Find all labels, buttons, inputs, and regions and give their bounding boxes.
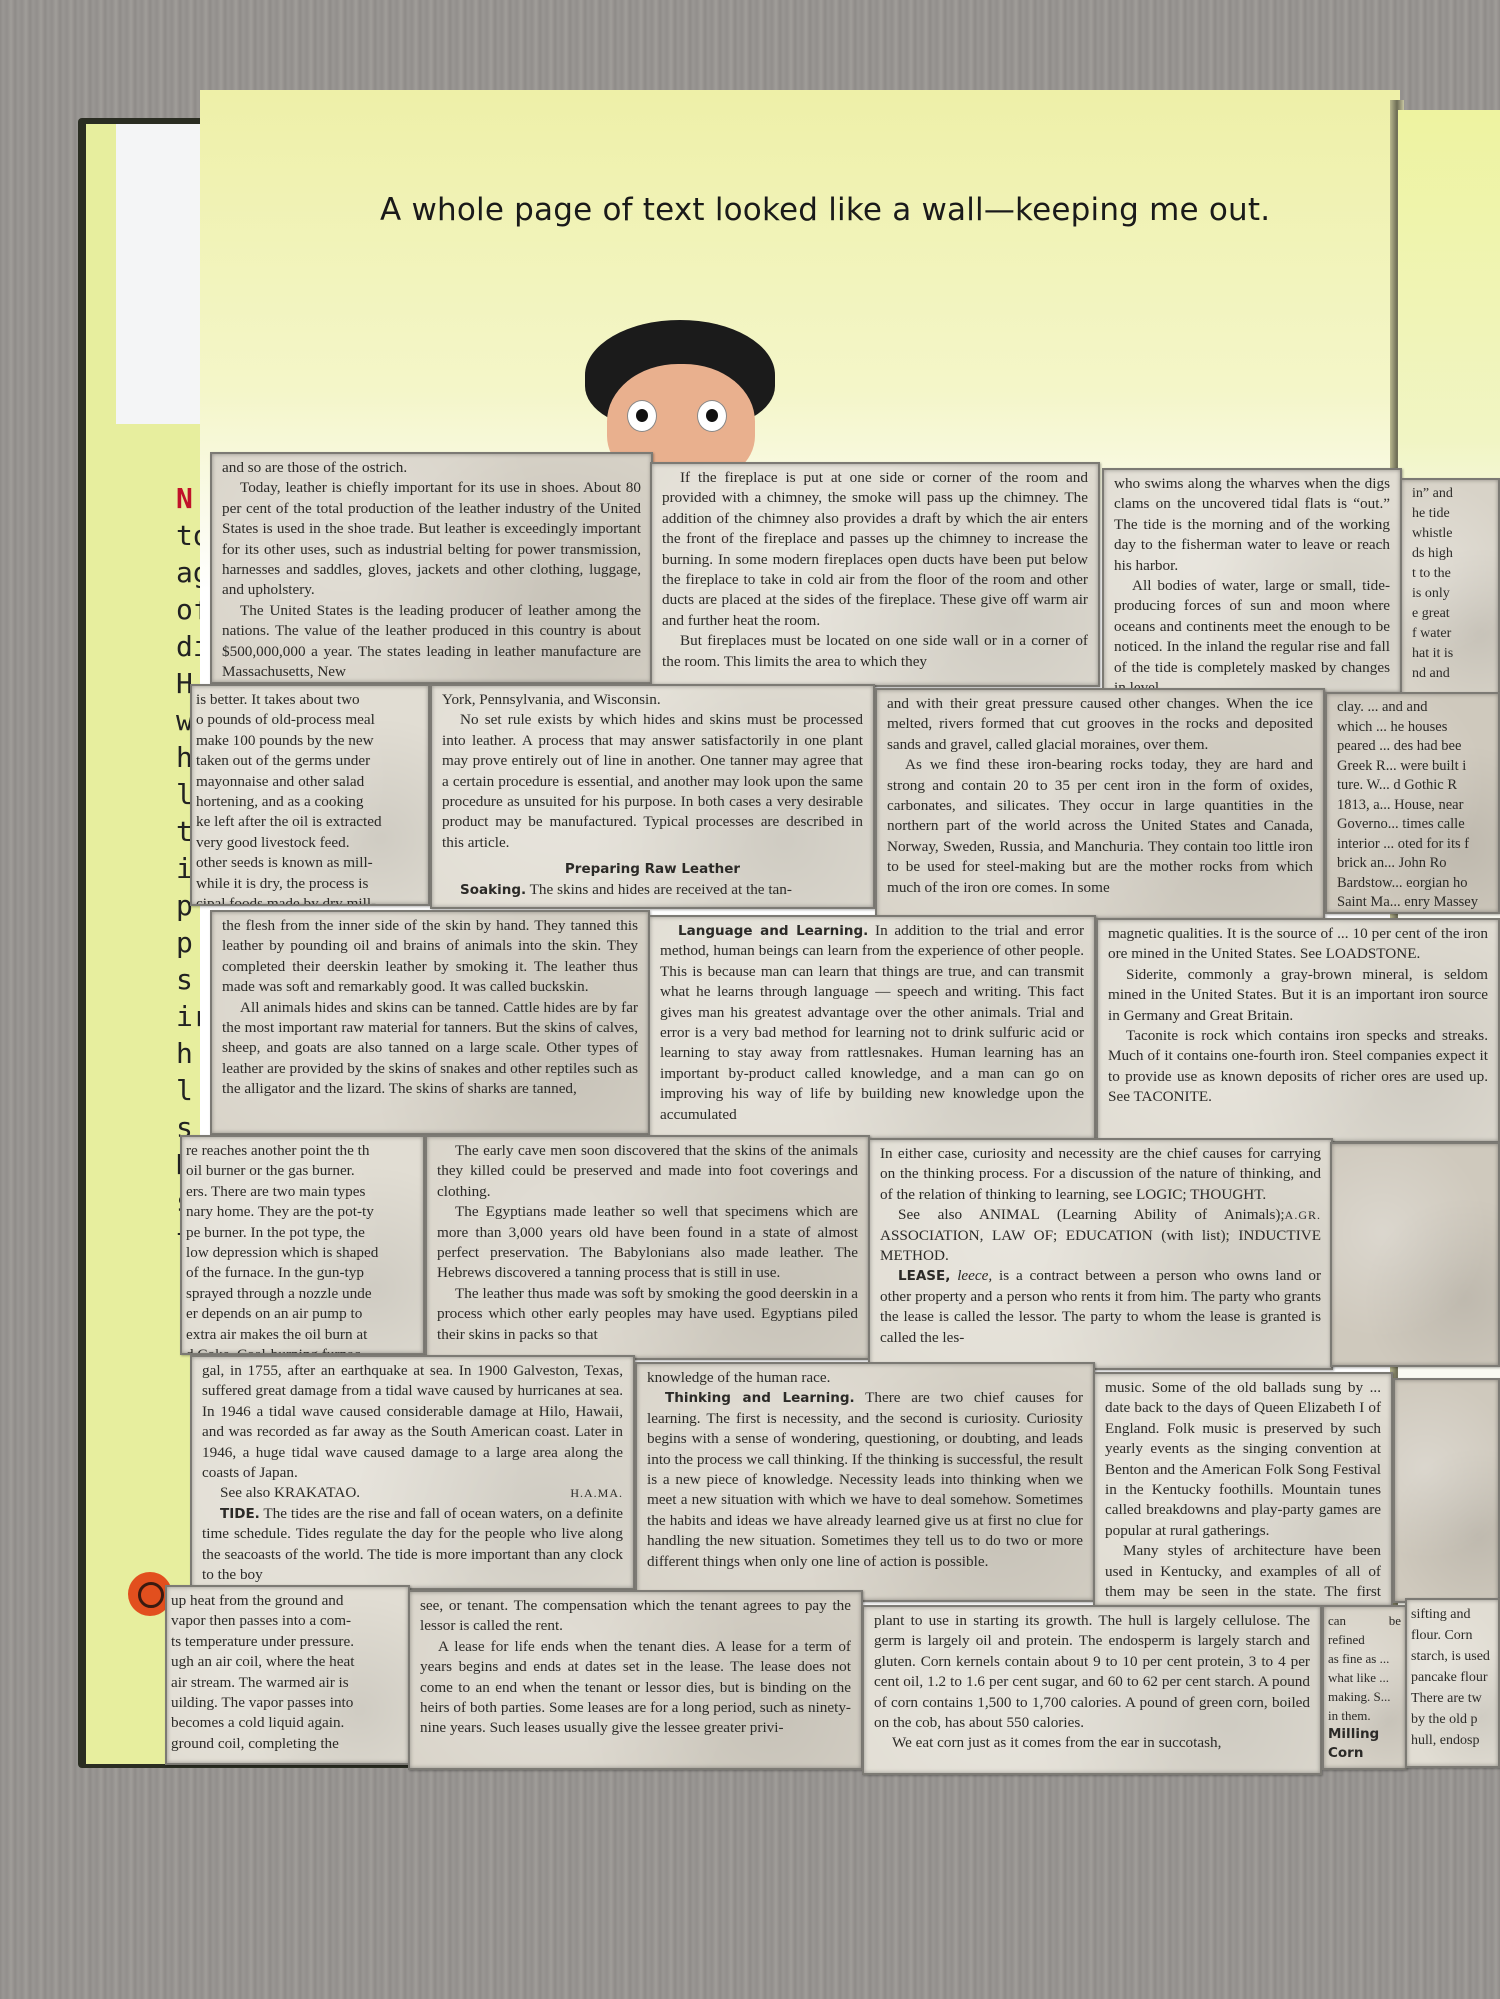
clip-line: nd and <box>1412 664 1488 684</box>
clip-text: In either case, curiosity and necessity … <box>880 1144 1321 1205</box>
clip-line: hull, endosp <box>1411 1730 1494 1751</box>
clip-line: very good livestock feed. <box>196 833 418 853</box>
clip-text: But fireplaces must be located on one si… <box>662 631 1088 672</box>
clipping-curiosity-lease: In either case, curiosity and necessity … <box>868 1138 1333 1370</box>
clipping-cave-men: The early cave men soon discovered that … <box>425 1135 870 1360</box>
clip-line: Saint Ma... enry Massey <box>1337 893 1488 913</box>
clip-line: air stream. The warmed air is <box>171 1673 398 1693</box>
clip-line: he tide <box>1412 504 1488 524</box>
clip-line: uilding. The vapor passes into <box>171 1693 398 1713</box>
clip-line: is better. It takes about two <box>196 690 418 710</box>
clip-line: There are tw <box>1411 1688 1494 1709</box>
clip-line: f water <box>1412 624 1488 644</box>
clip-line: nary home. They are the pot-ty <box>186 1202 413 1222</box>
clip-line: starch, is used <box>1411 1646 1494 1667</box>
clip-line: o pounds of old-process meal <box>196 710 418 730</box>
clipping-fireplace: If the fireplace is put at one side or c… <box>650 462 1100 687</box>
run-in-heading: Thinking and Learning. <box>665 1390 855 1406</box>
clipping-thinking-learning: knowledge of the human race. Thinking an… <box>635 1362 1095 1602</box>
clip-line: up heat from the ground and <box>171 1591 398 1611</box>
pronunciation: leece, <box>957 1267 992 1284</box>
clip-text: In addition to the trial and error metho… <box>660 922 1084 1123</box>
clip-text: We eat corn just as it comes from the ea… <box>874 1733 1310 1753</box>
boy-left-eye <box>627 400 657 432</box>
clip-line: e great <box>1412 604 1488 624</box>
clip-line: is only <box>1412 584 1488 604</box>
page-headline: A whole page of text looked like a wall—… <box>380 192 1320 228</box>
entry-word: TIDE. <box>220 1506 260 1522</box>
clip-line: Governo... times calle <box>1337 815 1488 835</box>
clipping-kentucky-architecture: clay. ... and and which ... he houses pe… <box>1325 692 1500 914</box>
clip-text: see, or tenant. The compensation which t… <box>420 1596 851 1637</box>
clip-line: taken out of the germs under <box>196 751 418 771</box>
see-also: See also ANIMAL (Learning Ability of Ani… <box>880 1205 1321 1266</box>
clip-line: ts temperature under pressure. <box>171 1632 398 1652</box>
clip-text: Today, leather is chiefly important for … <box>222 478 641 600</box>
run-in-heading: Soaking. <box>460 882 526 898</box>
clipping-folk-edge <box>1393 1378 1500 1603</box>
author-signature: A.GR. <box>1285 1205 1321 1225</box>
clip-text: knowledge of the human race. <box>647 1368 1083 1388</box>
clipping-corn-meal: is better. It takes about two o pounds o… <box>190 684 430 906</box>
clip-line: peared ... des had bee <box>1337 737 1488 757</box>
boy-right-eye <box>697 400 727 432</box>
clipping-folk-music: music. Some of the old ballads sung by .… <box>1093 1372 1393 1607</box>
clip-line: other seeds is known as mill- <box>196 853 418 873</box>
clip-text: The Egyptians made leather so well that … <box>437 1202 858 1284</box>
clip-line: mayonnaise and other salad <box>196 772 418 792</box>
clipping-rent-edge <box>1330 1142 1500 1367</box>
run-in-heading: Language and Learning. <box>678 923 868 939</box>
clipping-oil-burner: re reaches another point the th oil burn… <box>180 1135 425 1355</box>
clip-text: As we find these iron-bearing rocks toda… <box>887 755 1313 898</box>
clip-line: while it is dry, the process is <box>196 874 418 894</box>
clip-line: low depression which is shaped <box>186 1243 413 1263</box>
clip-line: of the furnace. In the gun-typ <box>186 1263 413 1283</box>
clip-line: make 100 pounds by the new <box>196 731 418 751</box>
clip-line: brick an... John Ro <box>1337 854 1488 874</box>
clipping-language-learning: Language and Learning. In addition to th… <box>648 915 1096 1140</box>
clip-line: whistle <box>1412 524 1488 544</box>
clipping-leather-today: and so are those of the ostrich. Today, … <box>210 452 653 684</box>
clip-text: who swims along the wharves when the dig… <box>1114 474 1390 576</box>
clip-line: becomes a cold liquid again. <box>171 1713 398 1733</box>
clip-line: hortening, and as a cooking <box>196 792 418 812</box>
clip-text: The leather thus made was soft by smokin… <box>437 1284 858 1345</box>
clip-line: can be refined <box>1328 1611 1401 1649</box>
clip-line: by the old p <box>1411 1709 1494 1730</box>
clip-line: t to the <box>1412 564 1488 584</box>
clip-line: cipal foods made by dry mill- <box>196 894 418 906</box>
clip-text: All bodies of water, large or small, tid… <box>1114 576 1390 694</box>
clip-line: clay. ... and and <box>1337 698 1488 718</box>
clip-line: Bardstow... eorgian ho <box>1337 874 1488 894</box>
clip-line: making. S... <box>1328 1687 1401 1706</box>
clip-text: The skins and hides are received at the … <box>530 881 792 898</box>
clip-line: ds high <box>1412 544 1488 564</box>
entry-word: LEASE, <box>898 1268 950 1284</box>
clipping-iron-minerals: magnetic qualities. It is the source of … <box>1096 918 1500 1143</box>
section-heading: Preparing Raw Leather <box>442 859 863 879</box>
clip-line: pancake flour <box>1411 1667 1494 1688</box>
clip-line: ke left after the oil is extracted <box>196 812 418 832</box>
clip-text: Taconite is rock which contains iron spe… <box>1108 1026 1488 1108</box>
clip-line: ers. There are two main types <box>186 1182 413 1202</box>
clipping-iron-ore: and with their great pressure caused oth… <box>875 688 1325 920</box>
clip-text: and with their great pressure caused oth… <box>887 694 1313 755</box>
author-signature: H.A.MA. <box>570 1483 623 1503</box>
clip-text: the flesh from the inner side of the ski… <box>222 916 638 998</box>
clip-line: er depends on an air pump to <box>186 1304 413 1324</box>
clip-line: in them. <box>1328 1706 1401 1725</box>
clip-line: which ... he houses <box>1337 718 1488 738</box>
clip-line: in” and <box>1412 484 1488 504</box>
clip-text: If the fireplace is put at one side or c… <box>662 468 1088 631</box>
clip-line: oil burner or the gas burner. <box>186 1161 413 1181</box>
clip-text: All animals hides and skins can be tanne… <box>222 998 638 1100</box>
clip-text: magnetic qualities. It is the source of … <box>1108 924 1488 965</box>
clip-text: No set rule exists by which hides and sk… <box>442 710 863 853</box>
clip-line: what like ... <box>1328 1668 1401 1687</box>
clip-text: The United States is the leading produce… <box>222 601 641 683</box>
clip-text: The tides are the rise and fall of ocean… <box>202 1505 623 1583</box>
clip-line: extra air makes the oil burn at <box>186 1325 413 1345</box>
clip-line: ground coil, completing the <box>171 1734 398 1754</box>
clip-text: A lease for life ends when the tenant di… <box>420 1637 851 1739</box>
clip-line: sifting and <box>1411 1604 1494 1625</box>
clip-line: ing corn ... <box>1328 1763 1401 1770</box>
clip-line: ugh an air coil, where the heat <box>171 1652 398 1672</box>
see-also: See also KRAKATAO. <box>202 1483 623 1503</box>
clip-line: hat it is <box>1412 644 1488 664</box>
clipping-buckskin: the flesh from the inner side of the ski… <box>210 910 650 1135</box>
clip-line: Greek R... were built i <box>1337 757 1488 777</box>
clip-text: plant to use in starting its growth. The… <box>874 1611 1310 1733</box>
clip-text: and so are those of the ostrich. <box>222 458 641 478</box>
clip-line: d Coke. Coal-burning furnac <box>186 1345 413 1355</box>
clipping-corn-nutrition: plant to use in starting its growth. The… <box>862 1605 1322 1775</box>
clip-text: Many styles of architecture have been us… <box>1105 1541 1381 1607</box>
clip-line: ture. W... d Gothic R <box>1337 776 1488 796</box>
clipping-corn-flour-edge: sifting and flour. Corn starch, is used … <box>1405 1598 1500 1768</box>
clip-text: Siderite, commonly a gray-brown mineral,… <box>1108 965 1488 1026</box>
clip-text: music. Some of the old ballads sung by .… <box>1105 1378 1381 1541</box>
clip-text: gal, in 1755, after an earthquake at sea… <box>202 1361 623 1483</box>
clip-line: as fine as ... <box>1328 1649 1401 1668</box>
clip-line: 1813, a... House, near <box>1337 796 1488 816</box>
clip-line: sprayed through a nozzle unde <box>186 1284 413 1304</box>
clipping-heat-pump: up heat from the ground and vapor then p… <box>165 1585 410 1765</box>
clip-line: interior ... oted for its f <box>1337 835 1488 855</box>
clip-line: Milling Corn <box>1328 1725 1401 1763</box>
clipping-tidal-wave: gal, in 1755, after an earthquake at sea… <box>190 1355 635 1590</box>
clip-text: The early cave men soon discovered that … <box>437 1141 858 1202</box>
clipping-tide-edge: in” and he tide whistle ds high t to the… <box>1400 478 1500 700</box>
clip-text: York, Pennsylvania, and Wisconsin. <box>442 690 863 710</box>
clip-line: pe burner. In the pot type, the <box>186 1223 413 1243</box>
clip-line: re reaches another point the th <box>186 1141 413 1161</box>
clipping-tide-harbor: who swims along the wharves when the dig… <box>1102 468 1402 694</box>
clipping-leather-process: York, Pennsylvania, and Wisconsin. No se… <box>430 684 875 909</box>
clip-text: There are two chief causes for learning.… <box>647 1389 1083 1569</box>
clip-line: flour. Corn <box>1411 1625 1494 1646</box>
clipping-milling-corn: can be refined as fine as ... what like … <box>1322 1605 1407 1770</box>
clip-line: vapor then passes into a com- <box>171 1611 398 1631</box>
clipping-lease-rent: see, or tenant. The compensation which t… <box>408 1590 863 1770</box>
